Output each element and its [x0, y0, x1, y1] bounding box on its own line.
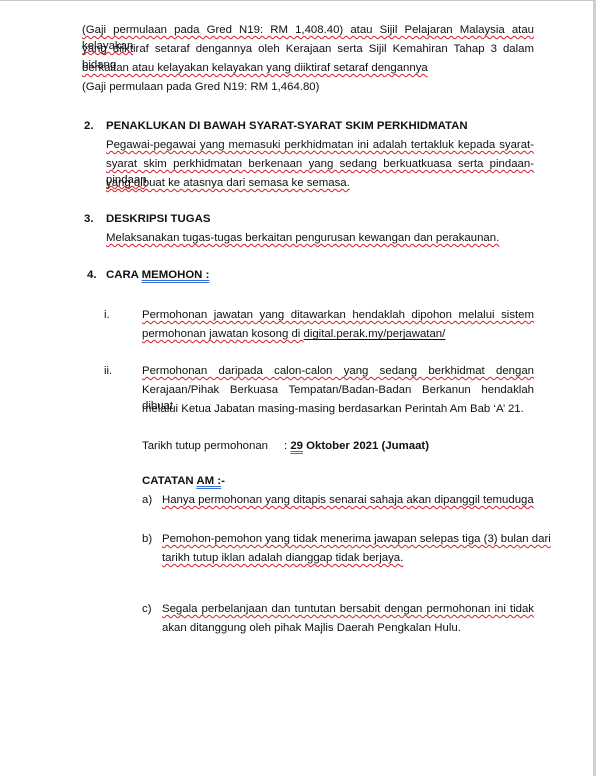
note-c-line-2: akan ditanggung oleh pihak Majlis Daerah…	[162, 620, 461, 636]
section-2-title: PENAKLUKAN DI BAWAH SYARAT-SYARAT SKIM P…	[106, 118, 468, 134]
note-b-line-1: Pemohon-pemohon yang tidak menerima jawa…	[162, 531, 551, 547]
item-ii-line-3: melalui Ketua Jabatan masing-masing berd…	[142, 401, 524, 417]
item-ii-marker: ii.	[104, 363, 112, 379]
section-3-text: Melaksanakan tugas-tugas berkaitan pengu…	[106, 230, 499, 246]
document-page: (Gaji permulaan pada Gred N19: RM 1,408.…	[0, 0, 596, 776]
qualification-line-4: (Gaji permulaan pada Gred N19: RM 1,464.…	[82, 79, 319, 95]
application-portal-link[interactable]: digital.perak.my/perjawatan/	[303, 328, 445, 340]
item-i-line-2: permohonan jawatan kosong di digital.per…	[142, 326, 445, 342]
section-4-number: 4.	[87, 267, 97, 283]
item-i-line-1: Permohonan jawatan yang ditawarkan henda…	[142, 307, 534, 323]
section-2-line-1: Pegawai-pegawai yang memasuki perkhidmat…	[106, 137, 534, 153]
item-ii-line-1: Permohonan daripada calon-calon yang sed…	[142, 363, 534, 379]
qualification-line-3: berkaitan atau kelayakan kelayakan yang …	[82, 60, 428, 76]
note-a-line-1: Hanya permohonan yang ditapis senarai sa…	[162, 492, 534, 508]
notes-title: CATATAN AM :-	[142, 473, 225, 489]
closing-date-label: Tarikh tutup permohonan	[142, 438, 268, 454]
closing-date-value: : 29 Oktober 2021 (Jumaat)	[284, 438, 429, 454]
section-4-title: CARA MEMOHON :	[106, 267, 209, 283]
note-c-line-1: Segala perbelanjaan dan tuntutan bersabi…	[162, 601, 534, 617]
section-2-line-3: yang dibuat ke atasnya dari semasa ke se…	[106, 175, 350, 191]
note-c-marker: c)	[142, 601, 152, 617]
section-3-number: 3.	[84, 211, 94, 227]
note-b-line-2: tarikh tutup iklan adalah dianggap tidak…	[162, 550, 403, 566]
note-b-marker: b)	[142, 531, 152, 547]
note-a-marker: a)	[142, 492, 152, 508]
section-2-number: 2.	[84, 118, 94, 134]
item-i-marker: i.	[104, 307, 110, 323]
section-3-title: DESKRIPSI TUGAS	[106, 211, 210, 227]
